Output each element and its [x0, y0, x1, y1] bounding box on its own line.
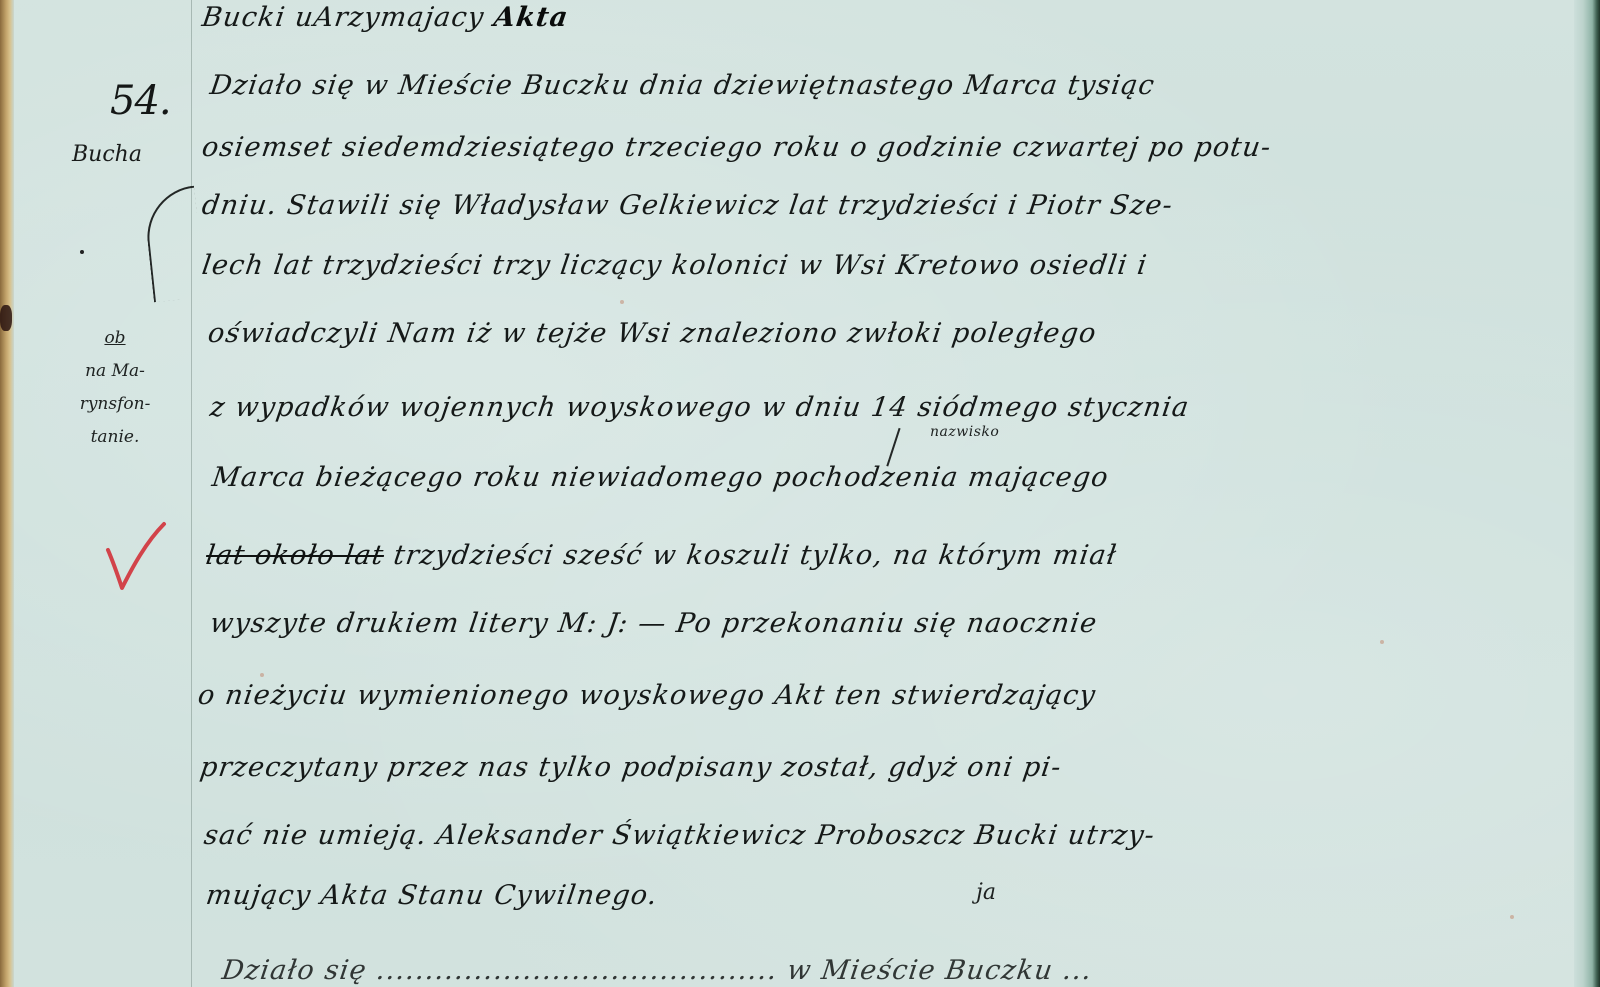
- paper-speck: [1510, 915, 1514, 919]
- margin-dot: [80, 250, 84, 254]
- record-line: lech lat trzydzieści trzy liczący koloni…: [200, 250, 1149, 281]
- record-line: osiemset siedemdziesiątego trzeciego rok…: [200, 132, 1274, 163]
- paper-speck: [1380, 640, 1384, 644]
- record-body: Bucki uArzymajacy Akta Działo się w Mieś…: [200, 0, 1470, 987]
- record-line: Bucki uArzymajacy Akta: [200, 2, 571, 33]
- record-line: lat około lat trzydzieści sześć w koszul…: [204, 540, 1119, 571]
- margin-note-line: ob: [50, 322, 180, 355]
- red-check-mark-icon: [104, 520, 168, 592]
- margin-rule-line: [191, 0, 192, 987]
- record-line: Działo się w Mieście Buczku dnia dziewię…: [208, 70, 1157, 101]
- record-line: przeczytany przez nas tylko podpisany zo…: [198, 752, 1064, 783]
- entry-place: Bucha: [72, 142, 142, 167]
- margin-note-line: na Ma-: [50, 355, 180, 388]
- cut-off-next-line: Działo się .............................…: [220, 955, 1094, 986]
- entry-number: 54.: [110, 78, 171, 124]
- document-page: 54. Bucha ob na Ma- rynsfon- tanie. Buck…: [0, 0, 1600, 987]
- record-line: wyszyte drukiem litery M: J: — Po przeko…: [208, 608, 1100, 639]
- record-line: sać nie umieją. Aleksander Świątkiewicz …: [202, 820, 1157, 851]
- paper-speck: [260, 673, 264, 677]
- stray-ink-mark: ja: [976, 880, 996, 905]
- margin-annotation: ob na Ma- rynsfon- tanie.: [50, 322, 180, 454]
- page-right-edge: [1574, 0, 1600, 987]
- book-binding-edge: [0, 0, 14, 987]
- record-line: Marca bieżącego roku niewiadomego pochod…: [210, 462, 1111, 493]
- record-line: o nieżyciu wymienionego woyskowego Akt t…: [196, 680, 1098, 711]
- record-line: mujący Akta Stanu Cywilnego.: [204, 880, 660, 911]
- margin-note-line: tanie.: [50, 421, 180, 454]
- record-line: z wypadków wojennych woyskowego w dniu 1…: [208, 392, 1192, 423]
- margin-note-line: rynsfon-: [50, 388, 180, 421]
- record-line: oświadczyli Nam iż w tejże Wsi znalezion…: [206, 318, 1099, 349]
- record-line: dniu. Stawili się Władysław Gelkiewicz l…: [200, 190, 1175, 221]
- struck-out-text: lat około lat: [204, 540, 386, 571]
- paper-speck: [620, 300, 624, 304]
- binding-stain: [0, 305, 12, 331]
- margin-flourish: [142, 186, 205, 303]
- interlinear-insertion: nazwisko: [930, 424, 999, 440]
